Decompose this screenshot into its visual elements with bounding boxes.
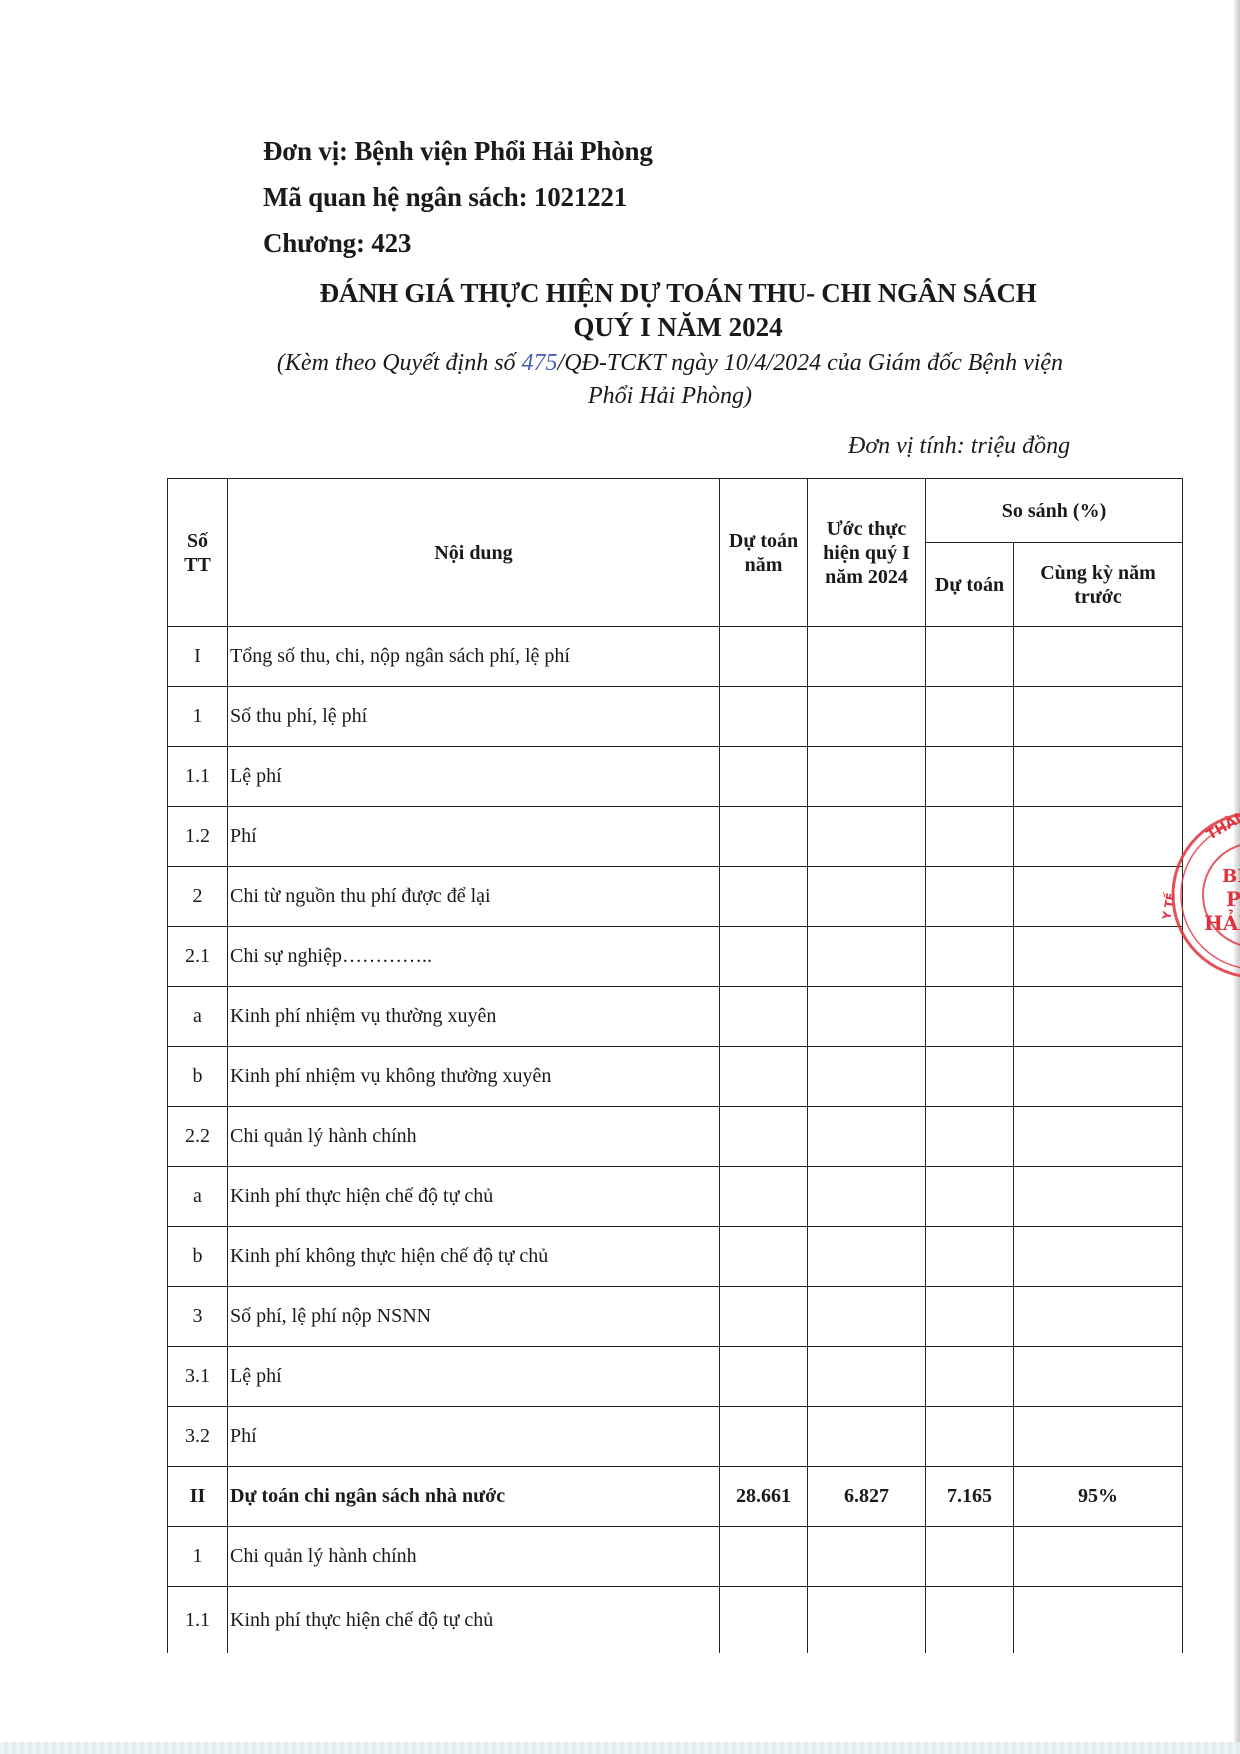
annual-estimate-value — [720, 1227, 808, 1287]
table-row: 1.1Kinh phí thực hiện chế độ tự chủ — [168, 1587, 1183, 1654]
table-row: 3Số phí, lệ phí nộp NSNN — [168, 1287, 1183, 1347]
compare-prev-year-value — [1014, 1047, 1183, 1107]
row-number: a — [168, 1167, 228, 1227]
table-row: bKinh phí không thực hiện chế độ tự chủ — [168, 1227, 1183, 1287]
row-number: 3 — [168, 1287, 228, 1347]
compare-prev-year-value — [1014, 1527, 1183, 1587]
table-row: IIDự toán chi ngân sách nhà nước28.6616.… — [168, 1467, 1183, 1527]
compare-estimate-value — [926, 1167, 1014, 1227]
annual-estimate-value — [720, 1287, 808, 1347]
table-row: ITổng số thu, chi, nộp ngân sách phí, lệ… — [168, 627, 1183, 687]
q1-estimate-value — [808, 867, 926, 927]
table-row: bKinh phí nhiệm vụ không thường xuyên — [168, 1047, 1183, 1107]
row-content: Chi quản lý hành chính — [228, 1527, 720, 1587]
table-row: aKinh phí nhiệm vụ thường xuyên — [168, 987, 1183, 1047]
table-row: aKinh phí thực hiện chế độ tự chủ — [168, 1167, 1183, 1227]
row-content: Chi từ nguồn thu phí được để lại — [228, 867, 720, 927]
compare-estimate-value — [926, 1587, 1014, 1654]
annual-estimate-value — [720, 867, 808, 927]
compare-estimate-value: 7.165 — [926, 1467, 1014, 1527]
table-body: ITổng số thu, chi, nộp ngân sách phí, lệ… — [168, 627, 1183, 1654]
budget-code: Mã quan hệ ngân sách: 1021221 — [263, 182, 627, 213]
row-number: b — [168, 1047, 228, 1107]
q1-estimate-value — [808, 687, 926, 747]
compare-prev-year-value — [1014, 687, 1183, 747]
compare-estimate-value — [926, 1527, 1014, 1587]
unit-of-measure-note: Đơn vị tính: triệu đồng — [848, 433, 1070, 460]
compare-estimate-value — [926, 687, 1014, 747]
row-number: a — [168, 987, 228, 1047]
decision-prefix: (Kèm theo Quyết định số — [277, 350, 522, 376]
q1-estimate-value: 6.827 — [808, 1467, 926, 1527]
compare-prev-year-value — [1014, 1107, 1183, 1167]
row-number: 1.1 — [168, 747, 228, 807]
row-content: Chi sự nghiệp………….. — [228, 927, 720, 987]
annual-estimate-value — [720, 807, 808, 867]
row-number: 3.1 — [168, 1347, 228, 1407]
row-content: Phí — [228, 807, 720, 867]
row-number: 3.2 — [168, 1407, 228, 1467]
table-row: 2.2Chi quản lý hành chính — [168, 1107, 1183, 1167]
annual-estimate-value — [720, 1407, 808, 1467]
compare-estimate-value — [926, 1107, 1014, 1167]
row-number: b — [168, 1227, 228, 1287]
compare-prev-year-value — [1014, 1407, 1183, 1467]
row-content: Lệ phí — [228, 747, 720, 807]
q1-estimate-value — [808, 807, 926, 867]
compare-estimate-value — [926, 927, 1014, 987]
compare-prev-year-value: 95% — [1014, 1467, 1183, 1527]
compare-estimate-value — [926, 1347, 1014, 1407]
table-row: 1Số thu phí, lệ phí — [168, 687, 1183, 747]
annual-estimate-value — [720, 687, 808, 747]
row-number: II — [168, 1467, 228, 1527]
annual-estimate-value — [720, 987, 808, 1047]
unit-name: Đơn vị: Bệnh viện Phổi Hải Phòng — [263, 136, 653, 167]
q1-estimate-value — [808, 1347, 926, 1407]
chapter: Chương: 423 — [263, 228, 411, 259]
document-title-period: QUÝ I NĂM 2024 — [58, 312, 1240, 343]
table-row: 1.1Lệ phí — [168, 747, 1183, 807]
q1-estimate-value — [808, 1587, 926, 1654]
compare-estimate-value — [926, 1047, 1014, 1107]
row-content: Kinh phí thực hiện chế độ tự chủ — [228, 1587, 720, 1654]
decision-reference: (Kèm theo Quyết định số 475/QĐ-TCKT ngày… — [50, 350, 1240, 377]
compare-estimate-value — [926, 1287, 1014, 1347]
q1-estimate-value — [808, 627, 926, 687]
compare-prev-year-value — [1014, 1167, 1183, 1227]
table-row: 2Chi từ nguồn thu phí được để lại — [168, 867, 1183, 927]
compare-estimate-value — [926, 867, 1014, 927]
handwritten-decision-number: 475 — [522, 350, 558, 376]
row-content: Số thu phí, lệ phí — [228, 687, 720, 747]
compare-prev-year-value — [1014, 927, 1183, 987]
row-number: 1.1 — [168, 1587, 228, 1654]
row-content: Kinh phí nhiệm vụ không thường xuyên — [228, 1047, 720, 1107]
row-content: Kinh phí không thực hiện chế độ tự chủ — [228, 1227, 720, 1287]
row-content: Kinh phí thực hiện chế độ tự chủ — [228, 1167, 720, 1227]
q1-estimate-value — [808, 1107, 926, 1167]
header-q1-estimate: Ước thực hiện quý I năm 2024 — [808, 479, 926, 627]
compare-estimate-value — [926, 807, 1014, 867]
row-content: Chi quản lý hành chính — [228, 1107, 720, 1167]
q1-estimate-value — [808, 927, 926, 987]
compare-prev-year-value — [1014, 1587, 1183, 1654]
header-compare-estimate: Dự toán — [926, 543, 1014, 627]
page-edge — [1234, 0, 1240, 1754]
row-content: Lệ phí — [228, 1347, 720, 1407]
annual-estimate-value — [720, 1587, 808, 1654]
header-content: Nội dung — [228, 479, 720, 627]
q1-estimate-value — [808, 987, 926, 1047]
annual-estimate-value — [720, 1347, 808, 1407]
q1-estimate-value — [808, 1287, 926, 1347]
q1-estimate-value — [808, 1227, 926, 1287]
q1-estimate-value — [808, 747, 926, 807]
header-compare: So sánh (%) — [926, 479, 1183, 543]
page-edge-bottom — [0, 1742, 1240, 1754]
row-number: 2.2 — [168, 1107, 228, 1167]
annual-estimate-value — [720, 927, 808, 987]
header-compare-prev-year: Cùng kỳ năm trước — [1014, 543, 1183, 627]
document-title: ĐÁNH GIÁ THỰC HIỆN DỰ TOÁN THU- CHI NGÂN… — [58, 278, 1240, 309]
q1-estimate-value — [808, 1527, 926, 1587]
annual-estimate-value — [720, 1167, 808, 1227]
compare-prev-year-value — [1014, 987, 1183, 1047]
row-number: I — [168, 627, 228, 687]
table-row: 3.2Phí — [168, 1407, 1183, 1467]
compare-prev-year-value — [1014, 867, 1183, 927]
annual-estimate-value — [720, 1047, 808, 1107]
compare-prev-year-value — [1014, 1347, 1183, 1407]
row-content: Phí — [228, 1407, 720, 1467]
compare-prev-year-value — [1014, 1227, 1183, 1287]
q1-estimate-value — [808, 1167, 926, 1227]
row-number: 2.1 — [168, 927, 228, 987]
compare-estimate-value — [926, 627, 1014, 687]
row-number: 1 — [168, 687, 228, 747]
row-number: 1 — [168, 1527, 228, 1587]
annual-estimate-value: 28.661 — [720, 1467, 808, 1527]
decision-reference-line2: Phổi Hải Phòng) — [50, 383, 1240, 410]
compare-prev-year-value — [1014, 807, 1183, 867]
compare-estimate-value — [926, 747, 1014, 807]
annual-estimate-value — [720, 1107, 808, 1167]
row-content: Tổng số thu, chi, nộp ngân sách phí, lệ … — [228, 627, 720, 687]
compare-estimate-value — [926, 1407, 1014, 1467]
row-number: 2 — [168, 867, 228, 927]
header-stt: Số TT — [168, 479, 228, 627]
table-row: 1Chi quản lý hành chính — [168, 1527, 1183, 1587]
table-row: 3.1Lệ phí — [168, 1347, 1183, 1407]
q1-estimate-value — [808, 1047, 926, 1107]
row-content: Kinh phí nhiệm vụ thường xuyên — [228, 987, 720, 1047]
compare-estimate-value — [926, 987, 1014, 1047]
header-annual-estimate: Dự toán năm — [720, 479, 808, 627]
budget-table: Số TT Nội dung Dự toán năm Ước thực hiện… — [167, 478, 1183, 1653]
compare-estimate-value — [926, 1227, 1014, 1287]
row-content: Dự toán chi ngân sách nhà nước — [228, 1467, 720, 1527]
decision-suffix: /QĐ-TCKT ngày 10/4/2024 của Giám đốc Bện… — [558, 350, 1064, 376]
table-row: 1.2Phí — [168, 807, 1183, 867]
annual-estimate-value — [720, 1527, 808, 1587]
annual-estimate-value — [720, 747, 808, 807]
compare-prev-year-value — [1014, 747, 1183, 807]
compare-prev-year-value — [1014, 627, 1183, 687]
row-number: 1.2 — [168, 807, 228, 867]
compare-prev-year-value — [1014, 1287, 1183, 1347]
row-content: Số phí, lệ phí nộp NSNN — [228, 1287, 720, 1347]
table-row: 2.1Chi sự nghiệp………….. — [168, 927, 1183, 987]
q1-estimate-value — [808, 1407, 926, 1467]
annual-estimate-value — [720, 627, 808, 687]
